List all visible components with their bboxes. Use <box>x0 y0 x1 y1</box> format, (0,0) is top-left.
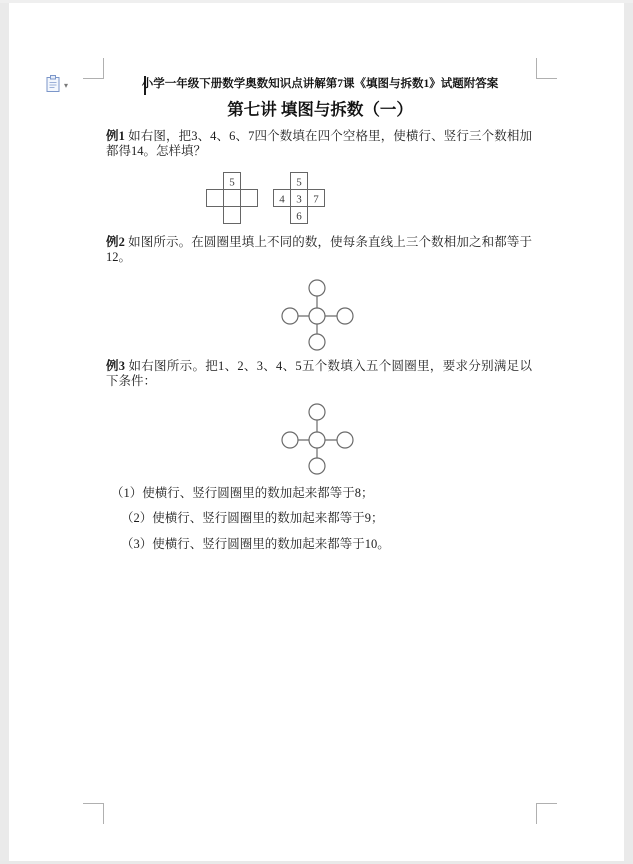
circle-diagram-circles <box>282 404 353 474</box>
example1-label: 例1 <box>106 129 125 143</box>
example3-paragraph[interactable]: 例3 如右图所示。把1、2、3、4、5五个数填入五个圆圈里，要求分别满足以下条件… <box>106 359 532 389</box>
example2-label: 例2 <box>106 235 125 249</box>
cross-solved-bottom-value: 6 <box>296 211 302 223</box>
cross-solved-left-value: 4 <box>279 194 285 206</box>
document-title[interactable]: 小学一年级下册数学奥数知识点讲解第7课《填图与拆数1》试题附答案 <box>103 76 537 93</box>
example1-paragraph[interactable]: 例1 如右图，把3、4、6、7四个数填在四个空格里，使横行、竖行三个数相加都得1… <box>106 129 532 159</box>
section-heading[interactable]: 第七讲 填图与拆数（一） <box>103 99 537 121</box>
example2-paragraph[interactable]: 例2 如图所示。在圆圈里填上不同的数，使每条直线上三个数相加之和都等于12。 <box>106 235 532 265</box>
example3-text: 如右图所示。把1、2、3、4、5五个数填入五个圆圈里，要求分别满足以下条件： <box>106 359 532 388</box>
example1-cross-diagrams[interactable]: 5 5 4 3 7 6 <box>200 170 340 233</box>
dropdown-arrow-icon: ▾ <box>64 82 68 90</box>
condition-item-2[interactable]: （2）使横行、竖行圆圈里的数加起来都等于9； <box>121 511 384 525</box>
text-boundary-mark-bottom-right <box>536 803 557 824</box>
cross-empty-top-value: 5 <box>229 177 235 189</box>
example3-label: 例3 <box>106 359 125 373</box>
paste-options-button[interactable]: ▾ <box>46 74 80 98</box>
example2-circle-diagram[interactable] <box>268 277 366 358</box>
cross-solved-center-value: 3 <box>296 194 302 206</box>
paste-options-icon <box>46 75 61 98</box>
page-edge-top <box>0 0 633 3</box>
cross-solved-top-value: 5 <box>296 177 302 189</box>
text-boundary-mark-top-left <box>83 58 104 79</box>
condition-item-3[interactable]: （3）使横行、竖行圆圈里的数加起来都等于10。 <box>121 537 390 551</box>
document-page: { "window": { "dropdown_glyph": "▾" }, "… <box>0 0 633 864</box>
circle-diagram-circles <box>282 280 353 350</box>
page-edge-left <box>0 0 9 864</box>
page-edge-right <box>624 0 633 864</box>
example1-text: 如右图，把3、4、6、7四个数填在四个空格里，使横行、竖行三个数相加都得14。怎… <box>106 129 532 158</box>
text-boundary-mark-bottom-left <box>83 803 104 824</box>
condition-item-1[interactable]: （1）使横行、竖行圆圈里的数加起来都等于8； <box>111 486 374 500</box>
cross-solved-right-value: 7 <box>313 194 319 206</box>
text-boundary-mark-top-right <box>536 58 557 79</box>
example2-text: 如图所示。在圆圈里填上不同的数，使每条直线上三个数相加之和都等于12。 <box>106 235 532 264</box>
example3-circle-diagram[interactable] <box>268 401 366 482</box>
